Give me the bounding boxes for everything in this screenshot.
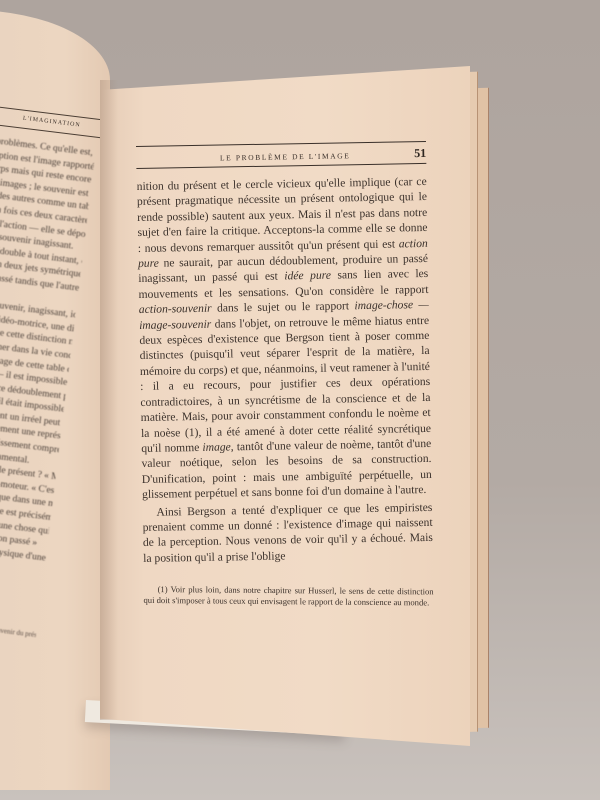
left-page-content: L'IMAGINATION aux problèmes. Ce qu'elle … bbox=[0, 10, 110, 790]
left-page-text: aux problèmes. Ce qu'elle est, nous l'av… bbox=[0, 134, 96, 566]
italic-term: image bbox=[202, 440, 231, 453]
footnote-text: (1) Voir plus loin, dans notre chapitre … bbox=[143, 584, 433, 609]
italic-term: action pure bbox=[138, 237, 428, 270]
footnote: (1) Voir plus loin, dans notre chapitre … bbox=[143, 584, 433, 609]
left-running-head: L'IMAGINATION bbox=[0, 112, 107, 131]
italic-term: idée pure bbox=[284, 269, 331, 283]
right-page: LE PROBLÈME DE L'IMAGE 51 nition du prés… bbox=[100, 66, 470, 746]
photo-scene: L'IMAGINATION aux problèmes. Ce qu'elle … bbox=[0, 0, 600, 800]
right-page-content: LE PROBLÈME DE L'IMAGE 51 nition du prés… bbox=[136, 141, 434, 606]
left-page-footnote: Énergie spirituelle, « Le Souvenir du pr… bbox=[0, 617, 37, 639]
italic-term: action-souvenir bbox=[139, 302, 212, 316]
body-text: nition du présent et le cercle vicieux q… bbox=[137, 174, 434, 566]
left-page: L'IMAGINATION aux problèmes. Ce qu'elle … bbox=[0, 10, 110, 790]
gutter-shadow bbox=[100, 80, 118, 720]
running-head: LE PROBLÈME DE L'IMAGE bbox=[136, 144, 414, 164]
paragraph-1: nition du présent et le cercle vicieux q… bbox=[137, 174, 433, 503]
page-number: 51 bbox=[414, 146, 426, 161]
paragraph-2: Ainsi Bergson a tenté d'expliquer ce que… bbox=[142, 499, 433, 566]
